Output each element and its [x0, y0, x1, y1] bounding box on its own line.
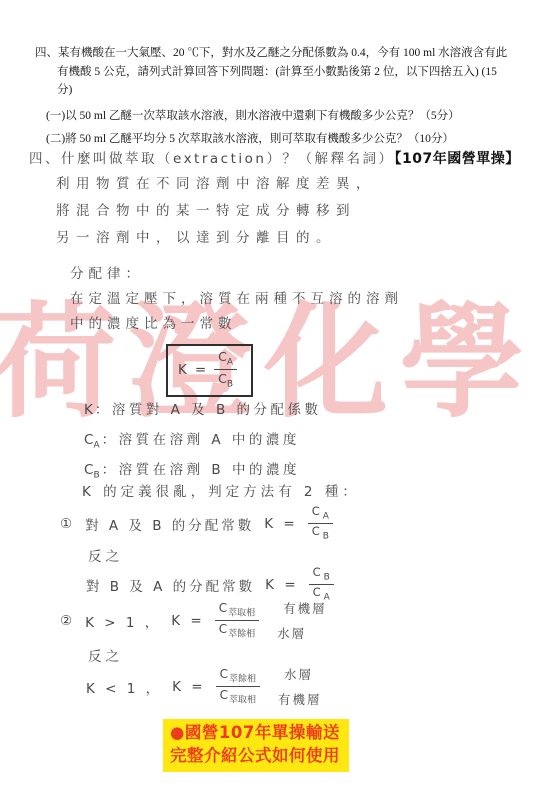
question-line: 分) — [57, 81, 525, 100]
promo-banner-line-1: ●國營107年單操輸送 — [170, 721, 340, 744]
case-bullet: ② — [60, 613, 75, 629]
reverse-label: 反之 — [88, 545, 123, 565]
fraction: CA CB — [214, 349, 237, 391]
fraction-numerator: CA — [214, 349, 237, 370]
k-equals: K = — [265, 577, 298, 593]
case-1: ① 對 A 及 B 的分配常數 K = CA CB — [60, 505, 333, 542]
law-line: 在定溫定壓下，溶質在兩種不互溶的溶劑 — [70, 287, 403, 312]
printed-question: 四、某有機酸在一大氣壓、20 ℃下，對水及乙醚之分配係數為 0.4，今有 100… — [35, 44, 525, 149]
fraction-denominator: C萃餘相 — [215, 621, 259, 640]
fraction-numerator: CA — [308, 505, 333, 524]
handwritten-title: 四、什麼叫做萃取（extraction）？（解釋名詞）【107年國營單操】 — [29, 147, 520, 168]
fraction-denominator: C萃取相 — [216, 687, 260, 706]
scanned-page: 荷澄化學 四、某有機酸在一大氣壓、20 ℃下，對水及乙醚之分配係數為 0.4，今… — [0, 0, 534, 800]
phase-labels: 有機層 水層 — [283, 599, 327, 642]
phase-label-bottom: 水層 — [277, 624, 327, 642]
question-line: 四、某有機酸在一大氣壓、20 ℃下，對水及乙醚之分配係數為 0.4，今有 100… — [35, 44, 525, 63]
definition-symbol: K — [84, 402, 93, 418]
phase-label-top: 有機層 — [283, 599, 327, 617]
fraction: CB CA — [309, 566, 334, 603]
definition-row: CA：溶質在溶劑 A 中的濃度 — [84, 428, 322, 458]
content-layer: 四、某有機酸在一大氣壓、20 ℃下，對水及乙醚之分配係數為 0.4，今有 100… — [0, 0, 534, 800]
reverse-label: 反之 — [88, 645, 123, 665]
symbol-definitions: K：溶質對 A 及 B 的分配係數 CA：溶質在溶劑 A 中的濃度 CB：溶質在… — [84, 398, 322, 489]
formula-lhs: K — [178, 362, 187, 378]
case-condition: K > 1 ， — [85, 611, 161, 631]
definition-row: K：溶質對 A 及 B 的分配係數 — [84, 398, 322, 428]
case-text: 對 B 及 A 的分配常數 — [86, 575, 255, 595]
case-2-reverse: K < 1 ， K = C萃餘相 C萃取相 水層 有機層 — [86, 665, 322, 708]
fraction-numerator: C萃取相 — [215, 601, 259, 621]
exam-source-tag: 【107年國營單操】 — [394, 151, 519, 167]
k-equals: K = — [172, 679, 205, 695]
case-text: 對 A 及 B 的分配常數 — [85, 514, 254, 534]
definition-symbol: CB — [84, 462, 100, 478]
question-number: 四、 — [35, 47, 58, 59]
promo-banner: ●國營107年單操輸送 完整介紹公式如何使用 — [163, 719, 349, 772]
fraction-numerator: CB — [309, 566, 334, 585]
phase-label-top: 水層 — [284, 665, 322, 683]
k-equals: K = — [264, 516, 297, 532]
case-1-reverse: 對 B 及 A 的分配常數 K = CB CA — [86, 566, 334, 603]
para-line: 將混合物中的某一特定成分轉移到 — [56, 198, 376, 225]
fraction-denominator: CB — [214, 370, 237, 390]
formula-equals: = — [195, 362, 206, 378]
phase-label-bottom: 有機層 — [278, 690, 322, 708]
definition-text: ：溶質在溶劑 A 中的濃度 — [102, 432, 300, 448]
handwritten-title-number: 四、 — [29, 151, 61, 167]
phase-fraction: C萃餘相 C萃取相 — [216, 667, 260, 706]
para-line: 利用物質在不同溶劑中溶解度差異， — [56, 171, 376, 198]
question-line: 有機酸 5 公克，請列式計算回答下列問題：(計算至小數點後第 2 位，以下四捨五… — [57, 63, 525, 82]
law-title: 分配律： — [70, 262, 403, 287]
phase-labels: 水層 有機層 — [284, 665, 322, 708]
main-formula-box: K = CA CB — [166, 344, 253, 397]
extraction-definition-paragraph: 利用物質在不同溶劑中溶解度差異， 將混合物中的某一特定成分轉移到 另一溶劑中，以… — [56, 171, 376, 252]
case-2: ② K > 1 ， K = C萃取相 C萃餘相 有機層 水層 — [60, 599, 327, 642]
case-condition: K < 1 ， — [86, 677, 162, 697]
definition-symbol: CA — [84, 432, 100, 448]
definition-text: ：溶質在溶劑 B 中的濃度 — [102, 462, 300, 478]
fraction: CA CB — [308, 505, 333, 542]
case-bullet: ① — [60, 516, 75, 532]
sub-question-1: (一)以 50 ml 乙醚一次萃取該水溶液，則水溶液中還剩下有機酸多少公克？（5… — [46, 107, 525, 126]
sub-question-2: (二)將 50 ml 乙醚平均分 5 次萃取該水溶液，則可萃取有機酸多少公克？（… — [46, 130, 525, 149]
fraction-denominator: CB — [308, 524, 333, 542]
promo-banner-line-2: 完整介紹公式如何使用 — [170, 744, 340, 767]
fraction-numerator: C萃餘相 — [216, 667, 260, 687]
law-line: 中的濃度比為一常數 — [70, 312, 403, 337]
k-definition-note: K 的定義很亂，判定方法有 2 種： — [82, 480, 360, 500]
distribution-law: 分配律： 在定溫定壓下，溶質在兩種不互溶的溶劑 中的濃度比為一常數 — [70, 262, 403, 337]
para-line: 另一溶劑中，以達到分離目的。 — [56, 225, 376, 252]
handwritten-title-text: 什麼叫做萃取（extraction）？（解釋名詞） — [61, 151, 394, 167]
definition-text: ：溶質對 A 及 B 的分配係數 — [95, 402, 322, 418]
phase-fraction: C萃取相 C萃餘相 — [215, 601, 259, 640]
k-equals: K = — [171, 613, 204, 629]
question-text: 某有機酸在一大氣壓、20 ℃下，對水及乙醚之分配係數為 0.4，今有 100 m… — [58, 47, 507, 59]
